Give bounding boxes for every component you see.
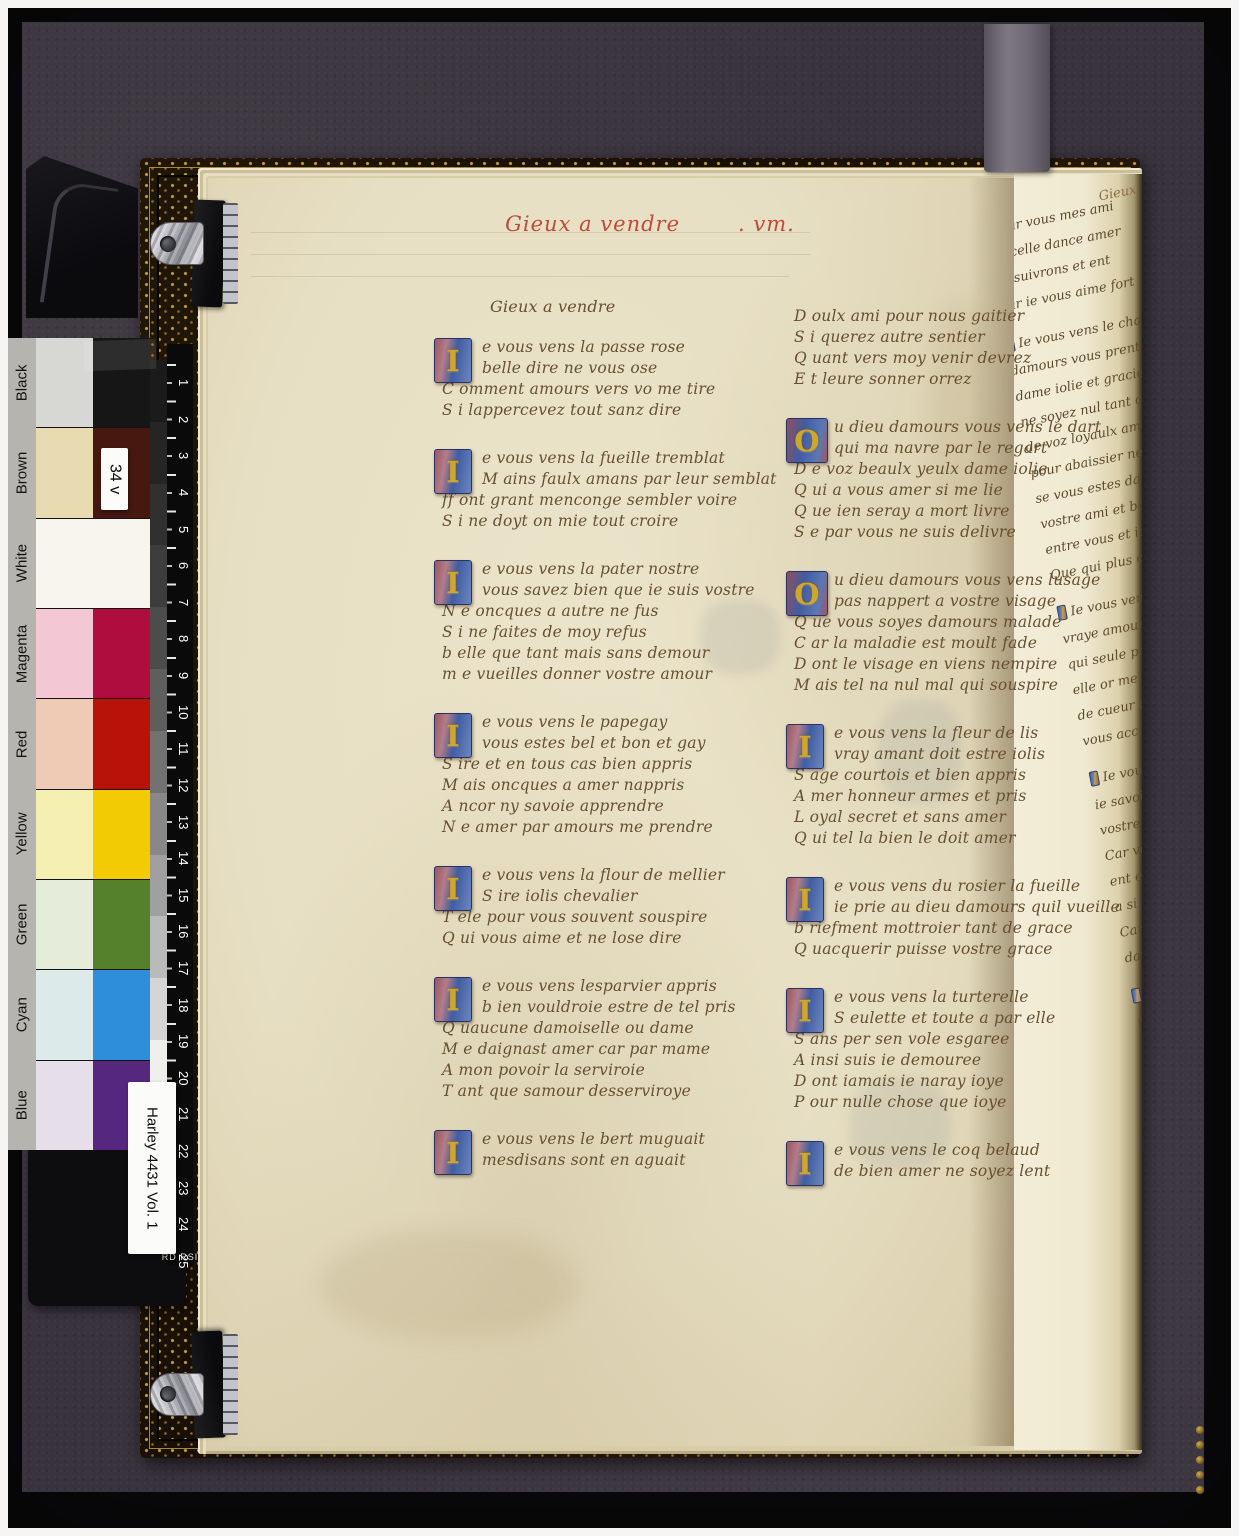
ruler-number: 17 xyxy=(176,950,191,987)
chart-label-red: Red xyxy=(8,699,36,789)
stanza: Ie vous vens la turterelleS eulette et t… xyxy=(788,987,1138,1113)
verse-line: de bien amer ne soyez lent xyxy=(834,1161,1138,1182)
ruler-number: 1 xyxy=(176,364,191,401)
verse-line: vous estes bel et bon et gay xyxy=(482,733,781,754)
grayscale-step xyxy=(150,978,167,1040)
ruler-number: 11 xyxy=(176,730,191,767)
verse-line: Q uacquerir puisse vostre grace xyxy=(794,939,1138,960)
grayscale-step xyxy=(150,669,167,731)
verse-line: ie prie au dieu damours quil vueille xyxy=(834,897,1138,918)
verse-line: M ais tel na nul mal qui souspire xyxy=(794,675,1138,696)
chart-patch-solid xyxy=(93,790,150,879)
gold-dot xyxy=(1196,1441,1204,1449)
verse-line: A ncor ny savoie apprendre xyxy=(442,796,781,817)
chart-label-black: Black xyxy=(8,338,36,428)
ruler-number: 12 xyxy=(176,767,191,804)
verse-line: Q uaucune damoiselle ou dame xyxy=(442,1018,781,1039)
verse-line: P our nulle chose que ioye xyxy=(794,1092,1138,1113)
verse-line: D ont iamais ie naray ioye xyxy=(794,1071,1138,1092)
verse-line: S e par vous ne suis delivre xyxy=(794,522,1138,543)
verse-line: u dieu damours vous vens le dart xyxy=(834,417,1138,438)
verse-line: S eulette et toute a par elle xyxy=(834,1008,1138,1029)
chart-label-blue: Blue xyxy=(8,1060,36,1150)
grayscale-step xyxy=(150,731,167,793)
tape-strip xyxy=(83,339,156,371)
gold-dot xyxy=(1196,1426,1204,1434)
chart-row-magenta xyxy=(36,609,150,698)
ruler-number: 20 xyxy=(176,1059,191,1096)
verse-line: u dieu damours vous vens lusage xyxy=(834,570,1138,591)
stanza-initial: I xyxy=(434,449,472,494)
text-column-right: D oulx ami pour nous gaitierS i querez a… xyxy=(788,306,1138,1209)
chart-row-cyan xyxy=(36,970,150,1059)
verse-line: S ire iolis chevalier xyxy=(482,886,781,907)
verse-line: T ant que samour desserviroye xyxy=(442,1081,781,1102)
ruler-number: 7 xyxy=(176,584,191,621)
grayscale-step xyxy=(150,607,167,669)
verse-line: S age courtois et bien appris xyxy=(794,765,1138,786)
ruler-number: 4 xyxy=(176,474,191,511)
grayscale-step xyxy=(150,916,167,978)
grayscale-step xyxy=(150,545,167,607)
verse-line: e vous vens le bert muguait xyxy=(482,1129,781,1150)
ruler-number: 22 xyxy=(176,1132,191,1169)
stanza-initial: I xyxy=(434,713,472,758)
verse-line: Q ue vous soyes damours malade xyxy=(794,612,1138,633)
ruler-number: 24 xyxy=(176,1206,191,1243)
ruler-number: 19 xyxy=(176,1023,191,1060)
verse-line: S i querez autre sentier xyxy=(794,327,1138,348)
chart-label-cyan: Cyan xyxy=(8,970,36,1060)
ruler-number: 2 xyxy=(176,401,191,438)
ruler-number: 8 xyxy=(176,620,191,657)
column-heading: Gieux a vendre xyxy=(490,296,781,317)
verse-line: e vous vens la fleur de lis xyxy=(834,723,1138,744)
color-chart-labels: BlackBrownWhiteMagentaRedYellowGreenCyan… xyxy=(8,338,36,1150)
stanza-initial: I xyxy=(434,338,472,383)
ruler-number: 10 xyxy=(176,693,191,730)
manuscript-photo: Gieux nt car vous mes amiEn celle dance … xyxy=(0,0,1239,1536)
chart-row-green xyxy=(36,880,150,969)
ruler-number: 9 xyxy=(176,657,191,694)
verse-line: A insi suis ie demouree xyxy=(794,1050,1138,1071)
chart-patch-tint xyxy=(36,790,93,879)
grayscale-step xyxy=(150,855,167,917)
chart-patch-tint xyxy=(36,699,93,788)
verse-line: mesdisans sont en aguait xyxy=(482,1150,781,1171)
chart-patch-tint xyxy=(36,970,93,1059)
chart-row-yellow xyxy=(36,790,150,879)
verse-line: S i ne doyt on mie tout croire xyxy=(442,511,781,532)
verse-line: e vous vens la fueille tremblat xyxy=(482,448,781,469)
color-chart-patches xyxy=(36,338,150,1150)
verse-line: C omment amours vers vo me tire xyxy=(442,379,781,400)
verse-line: ff ont grant menconge sembler voire xyxy=(442,490,781,511)
gold-dot xyxy=(1196,1486,1204,1494)
stanza-initial: I xyxy=(434,977,472,1022)
verse-line: T ele pour vous souvent souspire xyxy=(442,907,781,928)
stanza-initial: I xyxy=(786,1141,824,1186)
text-column-left: Gieux a vendre Ie vous vens la passe ros… xyxy=(436,296,781,1198)
verse-line: qui ma navre par le regart xyxy=(834,438,1138,459)
verse-line: E t leure sonner orrez xyxy=(794,369,1138,390)
binder-clip-bottom xyxy=(150,1328,242,1438)
ruler-number: 16 xyxy=(176,913,191,950)
verse-line: vray amant doit estre iolis xyxy=(834,744,1138,765)
chart-row-white xyxy=(36,519,150,608)
verse-line: e vous vens la flour de mellier xyxy=(482,865,781,886)
verse-line: A mon povoir la serviroie xyxy=(442,1060,781,1081)
felt-strap xyxy=(984,24,1050,172)
verse-line: N e oncques a autre ne fus xyxy=(442,601,781,622)
ruler-number: 6 xyxy=(176,547,191,584)
rubric-title: Gieux a vendre xyxy=(505,212,680,236)
stanza: Ie vous vens lesparvier apprisb ien voul… xyxy=(436,976,781,1102)
gold-dot xyxy=(1196,1456,1204,1464)
chart-label-white: White xyxy=(8,518,36,608)
ruler-number: 21 xyxy=(176,1096,191,1133)
verse-line: Q ue ien seray a mort livre xyxy=(794,501,1138,522)
stanza: Ie vous vens le coq belaudde bien amer n… xyxy=(788,1140,1138,1182)
verse-line: e vous vens la turterelle xyxy=(834,987,1138,1008)
verse-line: e vous vens le papegay xyxy=(482,712,781,733)
chart-patch-solid xyxy=(36,519,150,608)
verse-line: e vous vens du rosier la fueille xyxy=(834,876,1138,897)
verse-line: S ire et en tous cas bien appris xyxy=(442,754,781,775)
gold-dots xyxy=(1196,1426,1204,1501)
stanza: Ie vous vens la fueille tremblatM ains f… xyxy=(436,448,781,532)
ruler-number: 23 xyxy=(176,1169,191,1206)
chart-patch-solid xyxy=(93,970,150,1059)
clip-head xyxy=(150,222,204,265)
ruler-number: 5 xyxy=(176,510,191,547)
verse-line: D oulx ami pour nous gaitier xyxy=(794,306,1138,327)
verse-line: Q ui tel la bien le doit amer xyxy=(794,828,1138,849)
rubric-numeral: . vm. xyxy=(738,212,795,236)
clip-metal-strip xyxy=(223,203,238,304)
shelfmark-sticker: Harley 4431 Vol. 1 xyxy=(128,1082,176,1254)
stanza: Ie vous vens la flour de mellierS ire io… xyxy=(436,865,781,949)
stanza-initial: I xyxy=(786,988,824,1033)
verse-line: L oyal secret et sans amer xyxy=(794,807,1138,828)
chart-patch-tint xyxy=(36,609,93,698)
binder-clip-top xyxy=(150,200,242,310)
verse-line: A mer honneur armes et pris xyxy=(794,786,1138,807)
parchment-stain xyxy=(320,1230,580,1340)
ruler-number: 3 xyxy=(176,437,191,474)
ruled-line xyxy=(250,276,790,277)
verse-line: e vous vens la pater nostre xyxy=(482,559,781,580)
verse-line: vous savez bien que ie suis vostre xyxy=(482,580,781,601)
chart-label-magenta: Magenta xyxy=(8,609,36,699)
folio-sticker: 34 v xyxy=(101,448,128,510)
grayscale-step xyxy=(150,360,167,422)
stanza-initial: O xyxy=(786,571,828,616)
ruler-number: 15 xyxy=(176,876,191,913)
verse-line: Q ui vous aime et ne lose dire xyxy=(442,928,781,949)
stanza: Ie vous vens la pater nostrevous savez b… xyxy=(436,559,781,685)
chart-patch-solid xyxy=(93,609,150,698)
chart-label-yellow: Yellow xyxy=(8,789,36,879)
verse-line: M e daignast amer car par mame xyxy=(442,1039,781,1060)
verse-line: Q uant vers moy venir devrez xyxy=(794,348,1138,369)
chart-row-brown xyxy=(36,428,150,517)
verse-line: b riefment mottroier tant de grace xyxy=(794,918,1138,939)
verse-line: S ans per sen vole esgaree xyxy=(794,1029,1138,1050)
stanza-initial: I xyxy=(786,724,824,769)
stanza: Ie vous vens la fleur de lisvray amant d… xyxy=(788,723,1138,849)
ruler-number: 18 xyxy=(176,986,191,1023)
clip-metal-strip xyxy=(223,1334,238,1435)
stanza: Ie vous vens le papegayvous estes bel et… xyxy=(436,712,781,838)
chart-patch-tint xyxy=(36,1061,93,1150)
grayscale-step xyxy=(150,484,167,546)
stanza: Ie vous vens la passe rosebelle dire ne … xyxy=(436,337,781,421)
chart-patch-solid xyxy=(93,699,150,788)
verse-line: belle dire ne vous ose xyxy=(482,358,781,379)
stanza-initial: I xyxy=(434,1130,472,1175)
chart-patch-solid xyxy=(93,880,150,969)
ruler-number: 13 xyxy=(176,803,191,840)
verse-line: M ais oncques a amer nappris xyxy=(442,775,781,796)
gold-dot xyxy=(1196,1471,1204,1479)
stanza: D oulx ami pour nous gaitierS i querez a… xyxy=(788,306,1138,390)
stanza: Ou dieu damours vous vens lusagepas napp… xyxy=(788,570,1138,696)
verse-line: S i ne faites de moy refus xyxy=(442,622,781,643)
ruler-number: 14 xyxy=(176,840,191,877)
rubric-header: Gieux a vendre . vm. xyxy=(430,212,870,236)
stanza: Ie vous vens du rosier la fueilleie prie… xyxy=(788,876,1138,960)
verse-line: e vous vens lesparvier appris xyxy=(482,976,781,997)
chart-row-red xyxy=(36,699,150,788)
verse-line: Q ui a vous amer si me lie xyxy=(794,480,1138,501)
verse-line: b elle que tant mais sans demour xyxy=(442,643,781,664)
chart-label-brown: Brown xyxy=(8,428,36,518)
ruled-line xyxy=(250,254,810,255)
verse-line: S i lappercevez tout sanz dire xyxy=(442,400,781,421)
verse-line: b ien vouldroie estre de tel pris xyxy=(482,997,781,1018)
verse-line: D e voz beaulx yeulx dame iolie xyxy=(794,459,1138,480)
stanza-initial: I xyxy=(786,877,824,922)
verse-line: m e vueilles donner vostre amour xyxy=(442,664,781,685)
grayscale-step xyxy=(150,793,167,855)
stanza-initial: I xyxy=(434,866,472,911)
chart-patch-tint xyxy=(36,428,93,517)
verse-line: e vous vens le coq belaud xyxy=(834,1140,1138,1161)
verse-line: N e amer par amours me prendre xyxy=(442,817,781,838)
clip-head xyxy=(150,1373,204,1416)
stanza-initial: O xyxy=(786,418,828,463)
grayscale-step xyxy=(150,422,167,484)
chart-patch-tint xyxy=(36,880,93,969)
stanza: Ou dieu damours vous vens le dartqui ma … xyxy=(788,417,1138,543)
stanza: Ie vous vens le bert muguaitmesdisans so… xyxy=(436,1129,781,1171)
verse-line: e vous vens la passe rose xyxy=(482,337,781,358)
verse-line: D ont le visage en viens nempire xyxy=(794,654,1138,675)
verse-line: C ar la maladie est moult fade xyxy=(794,633,1138,654)
verse-line: pas nappert a vostre visage xyxy=(834,591,1138,612)
verse-line: M ains faulx amans par leur semblat xyxy=(482,469,781,490)
stanza-initial: I xyxy=(434,560,472,605)
chart-label-green: Green xyxy=(8,879,36,969)
grayscale-strip xyxy=(150,360,167,1102)
